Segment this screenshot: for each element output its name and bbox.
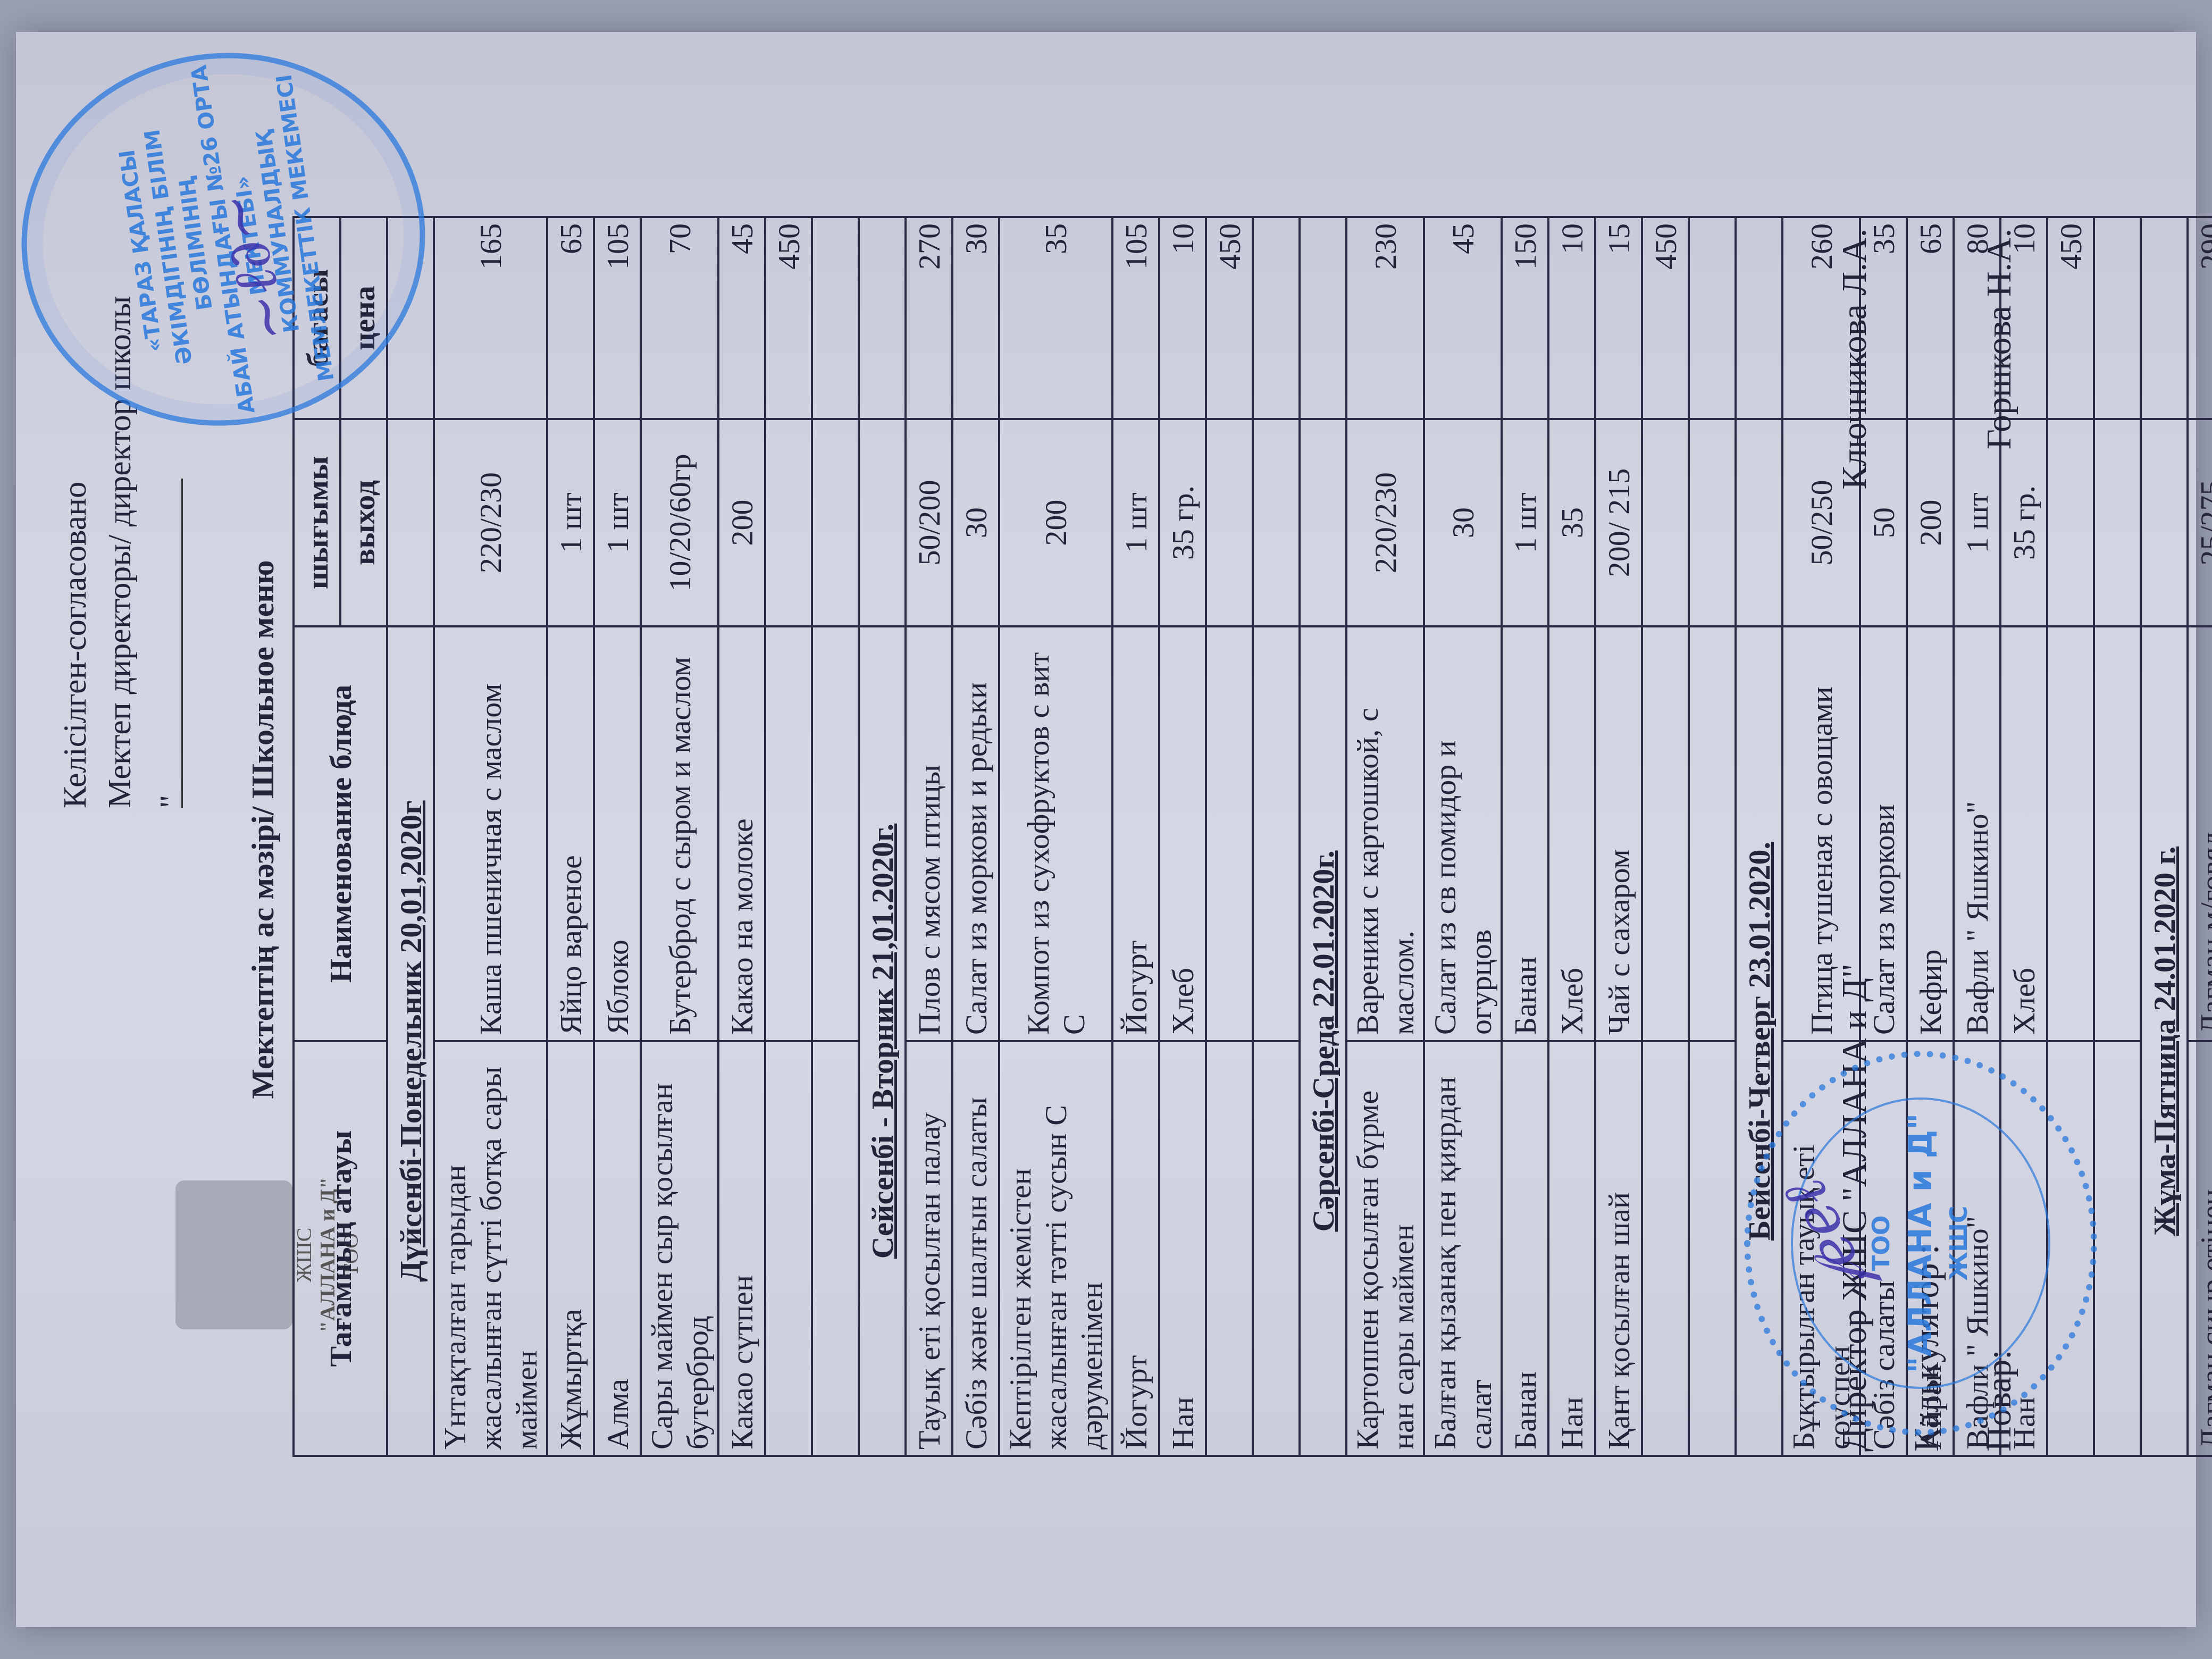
dish-name-kz: Картоппен қосылған бүрме нан сары маймен [1346, 1041, 1424, 1456]
dish-name-kz: Кептірілген жемістен жасалынған тәтті су… [999, 1041, 1112, 1456]
dish-output: 200/ 215 [1595, 419, 1642, 626]
dish-output: 200 [999, 419, 1112, 626]
day-total: 450 [1206, 217, 1253, 419]
dish-name-kz: Какао сүтпен [718, 1041, 765, 1456]
dish-name-ru: Хлеб [1548, 626, 1595, 1041]
dish-output: 35 гр. [1159, 419, 1206, 626]
spacer-row [812, 217, 859, 1456]
spacer-row [1689, 217, 1736, 1456]
dish-name-kz: Банан [1502, 1041, 1548, 1456]
dish-name-kz: Сәбіз және шалғын салаты [952, 1041, 999, 1456]
document-sheet: Келісілген-согласовано Мектеп директоры/… [16, 32, 2196, 1627]
dish-price: 290 [2188, 217, 2212, 419]
dish-price: 35 [999, 217, 1112, 419]
dish-output: 35 [1548, 419, 1595, 626]
day-total: 450 [765, 217, 812, 419]
dish-name-kz: Үнтақталған тарыдан жасалынған сүтті бот… [434, 1041, 547, 1456]
dish-output: 1 шт [1112, 419, 1159, 626]
dish-name-ru: Чай с сахаром [1595, 626, 1642, 1041]
dish-output: 220/230 [434, 419, 547, 626]
dish-name-ru: Вареники с картошкой, с маслом. [1346, 626, 1424, 1041]
table-row: АлмаЯблоко1 шт105 [594, 217, 641, 1456]
header-output-kz: шығымы [294, 419, 340, 626]
day-header-row: Сейсенбі - Вторник 21,01.2020г. [859, 217, 906, 1456]
menu-page: Келісілген-согласовано Мектеп директоры/… [16, 32, 2196, 1627]
day-header-row: Дүйсенбі-Понедельник 20,01,2020г [387, 217, 434, 1456]
day-header-row: Жұма-Пятница 24.01.2020 г. [2141, 217, 2188, 1456]
dish-price: 45 [718, 217, 765, 419]
day-total: 450 [2047, 217, 2094, 419]
dish-output: 25/275 [2188, 419, 2212, 626]
dish-output: 50/200 [906, 419, 952, 626]
table-row: Үнтақталған тарыдан жасалынған сүтті бот… [434, 217, 547, 1456]
day-total-row: 450 [1642, 217, 1689, 1456]
dish-price: 10 [1159, 217, 1206, 419]
dish-name-kz: Йогурт [1112, 1041, 1159, 1456]
dish-name-ru: Яйцо вареное [547, 626, 594, 1041]
day-title: Жұма-Пятница 24.01.2020 г. [2147, 847, 2182, 1236]
table-row: БананБанан1 шт150 [1502, 217, 1548, 1456]
dish-price: 30 [952, 217, 999, 419]
dish-name-kz: Сары маймен сыр қосылған бутерброд [641, 1041, 718, 1456]
day-total: 450 [1642, 217, 1689, 419]
table-row: Лагман сиыр етіненЛагман м/говяд25/27529… [2188, 217, 2212, 1456]
dish-price: 15 [1595, 217, 1642, 419]
table-row: Картоппен қосылған бүрме нан сары маймен… [1346, 217, 1424, 1456]
dish-name-ru: Бутерброд с сыром и маслом [641, 626, 718, 1041]
day-total-row: 450 [1206, 217, 1253, 1456]
day-title: Сәрсенбі-Среда 22.01.2020г. [1306, 850, 1340, 1231]
table-row: НанХлеб3510 [1548, 217, 1595, 1456]
table-row: Кептірілген жемістен жасалынған тәтті су… [999, 217, 1112, 1456]
dish-price: 70 [641, 217, 718, 419]
director-name: Ключникова Л.А. [1834, 229, 1875, 490]
dish-name-kz: Тауық еті қосылған палау [906, 1041, 952, 1456]
day-title: Дүйсенбі-Понедельник 20,01,2020г [393, 800, 428, 1281]
dish-name-ru: Хлеб [1159, 626, 1206, 1041]
dish-name-ru: Йогурт [1112, 626, 1159, 1041]
dish-output: 1 шт [594, 419, 641, 626]
cook-name: Горшкова Н.А. [1979, 229, 2020, 449]
table-row: НанХлеб35 гр.10 [1159, 217, 1206, 1456]
dish-price: 45 [1424, 217, 1502, 419]
dish-name-ru: Салат из св помидор и огурцов [1424, 626, 1502, 1041]
dish-price: 270 [906, 217, 952, 419]
dish-price: 150 [1502, 217, 1548, 419]
table-row: Қант қосылған шайЧай с сахаром200/ 21515 [1595, 217, 1642, 1456]
dish-name-ru: Плов с мясом птицы [906, 626, 952, 1041]
table-row: Сәбіз және шалғын салатыСалат из моркови… [952, 217, 999, 1456]
table-row: Какао сүтпенКакао на молоке20045 [718, 217, 765, 1456]
table-row: Тауық еті қосылған палауПлов с мясом пти… [906, 217, 952, 1456]
dish-name-ru: Яблоко [594, 626, 641, 1041]
dish-price: 65 [547, 217, 594, 419]
spacer-row [2094, 217, 2141, 1456]
dish-name-ru: Каша пшеничная с маслом [434, 626, 547, 1041]
dish-name-kz: Лагман сиыр етінен [2188, 1041, 2212, 1456]
header-kz-name: Тағамның атауы [294, 1041, 387, 1456]
table-row: ЙогуртЙогурт1 шт105 [1112, 217, 1159, 1456]
dish-price: 105 [594, 217, 641, 419]
dish-name-ru: Банан [1502, 626, 1548, 1041]
dish-output: 1 шт [1502, 419, 1548, 626]
header-ru-name: Наименование блюда [294, 626, 387, 1041]
day-total-row: 450 [765, 217, 812, 1456]
dish-name-ru: Лагман м/говяд [2188, 626, 2212, 1041]
spacer-row [1253, 217, 1300, 1456]
approval-date-line: " [149, 479, 183, 808]
dish-output: 200 [718, 419, 765, 626]
day-header-row: Сәрсенбі-Среда 22.01.2020г. [1300, 217, 1346, 1456]
dish-name-kz: Балған қызанақ пен қиярдан салат [1424, 1041, 1502, 1456]
dish-output: 220/230 [1346, 419, 1424, 626]
dish-name-kz: Жұмыртқа [547, 1041, 594, 1456]
table-row: ЖұмыртқаЯйцо вареное1 шт65 [547, 217, 594, 1456]
dish-name-ru: Какао на молоке [718, 626, 765, 1041]
dish-price: 105 [1112, 217, 1159, 419]
dish-output: 10/20/60гр [641, 419, 718, 626]
dish-name-kz: Алма [594, 1041, 641, 1456]
dish-price: 165 [434, 217, 547, 419]
dish-name-kz: Нан [1548, 1041, 1595, 1456]
dish-output: 30 [952, 419, 999, 626]
dish-name-ru: Компот из сухофруктов с вит С [999, 626, 1112, 1041]
table-row: Балған қызанақ пен қиярдан салатСалат из… [1424, 217, 1502, 1456]
dish-price: 230 [1346, 217, 1424, 419]
dish-name-ru: Салат из моркови и редьки [952, 626, 999, 1041]
table-row: Сары маймен сыр қосылған бутербродБутерб… [641, 217, 718, 1456]
dish-output: 1 шт [547, 419, 594, 626]
dish-name-kz: Қант қосылған шай [1595, 1041, 1642, 1456]
dish-name-kz: Нан [1159, 1041, 1206, 1456]
dish-price: 10 [1548, 217, 1595, 419]
dish-output: 30 [1424, 419, 1502, 626]
day-title: Сейсенбі - Вторник 21,01.2020г. [865, 824, 900, 1259]
header-output-ru: выход [340, 419, 387, 626]
